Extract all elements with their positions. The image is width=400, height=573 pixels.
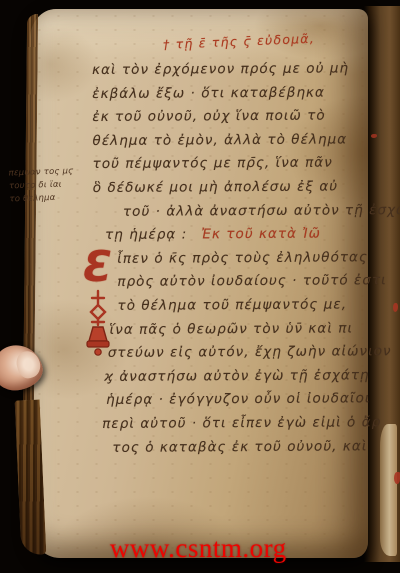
- text-line: πρὸς αὐτὸν ἰουδαίους · τοῦτό ἐστι: [93, 270, 379, 295]
- text-line: ὃ δέδωκέ μοι μὴ ἀπολέσω ἐξ αὐ: [93, 175, 379, 200]
- text-line: τοῦ · ἀλλὰ ἀναστήσω αὐτὸν τῇ ἐσχά: [93, 199, 379, 224]
- initial-epsilon-letter: Ɛ: [83, 245, 112, 289]
- text-line: καὶ τὸν ἐρχόμενον πρός με οὐ μὴ: [92, 57, 378, 82]
- text-line: ἵνα πᾶς ὁ θεωρῶν τὸν ὑν̄ καὶ πι: [94, 317, 380, 342]
- text-line: τὸ θέλημα τοῦ πέμψαντός με,: [93, 293, 379, 318]
- margin-note: πεμψαν τος μϛ τουτο δι ϊαι το θελημα: [8, 165, 91, 207]
- text-line: ἐκ τοῦ οὐνοῦ, οὐχ ἵνα ποιῶ τὸ: [92, 104, 378, 129]
- text-line: θέλημα τὸ ἐμὸν, ἀλλὰ τὸ θέλημα: [92, 128, 378, 153]
- text-line: στεύων εἰς αὐτόν, ἔχῃ ζωὴν αἰώνιον: [94, 340, 380, 365]
- text-line: ϗ ἀναστήσω αὐτὸν ἐγὼ τῇ ἐσχάτῃ: [94, 364, 380, 389]
- text-line: ἶπεν ὁ κ̄ς πρὸς τοὺς ἐληλυθότας: [93, 246, 379, 271]
- watermark-text: www.csntm.org: [110, 533, 287, 564]
- red-ink-mark: [394, 472, 400, 484]
- text-line: τοῦ πέμψαντός με πρ̄ς, ἵνα πᾶν: [93, 152, 379, 177]
- next-page-edge: [380, 424, 397, 556]
- inline-rubric: Ἐκ τοῦ κατὰ Ἰῶ: [187, 226, 321, 243]
- text-line: τος ὁ καταβὰς ἐκ τοῦ οὐνοῦ, καὶ: [94, 435, 380, 460]
- text-line: τῃ ἡμέρᾳ :: [105, 227, 187, 244]
- text-line: ἡμέρᾳ · ἐγόγγυζον οὖν οἱ ἰουδαῖοι: [94, 388, 380, 413]
- main-text-block: καὶ τὸν ἐρχόμενον πρός με οὐ μὴ ἐκβάλω ἔ…: [92, 57, 380, 460]
- initial-pendant-ornament-icon: [79, 289, 121, 357]
- text-line: ἐκβάλω ἔξω · ὅτι καταβέβηκα: [92, 81, 378, 106]
- text-line-with-rubric: τῃ ἡμέρᾳ :Ἐκ τοῦ κατὰ Ἰῶ: [93, 222, 379, 247]
- decorated-initial: Ɛ: [79, 249, 121, 357]
- text-line: περὶ αὐτοῦ · ὅτι εἶπεν ἐγὼ εἰμὶ ὁ ἄρ: [94, 411, 380, 436]
